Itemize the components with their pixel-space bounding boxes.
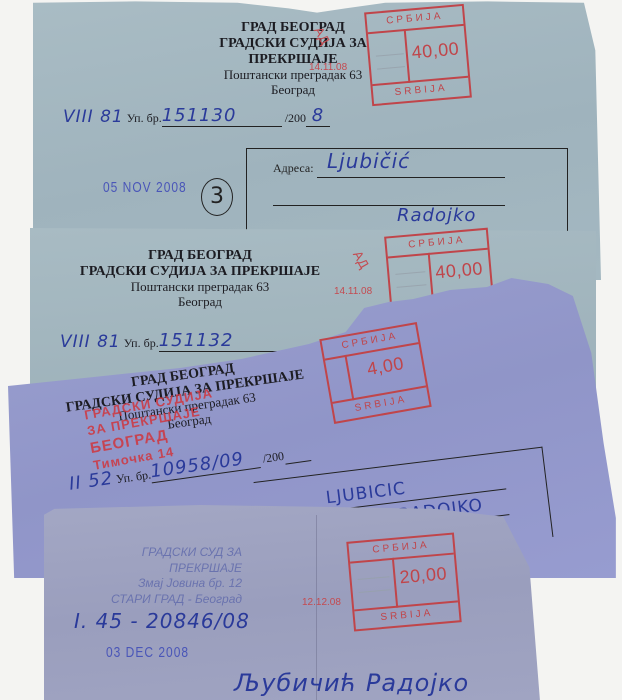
envelope-4: ГРАДСКИ СУД ЗА ПРЕКРШАЈЕ Змај Јовина бр.…: [44, 505, 566, 700]
address-line: [317, 177, 505, 178]
meter-country-cyrillic: СРБИЈА: [366, 6, 463, 34]
year-suffix: 8: [312, 105, 324, 126]
postage-meter-stamp: СРБИЈА 40,00 SRBIJA: [364, 4, 472, 106]
recipient-name: Љубичић Радојко: [234, 669, 469, 697]
meter-divider: [404, 29, 411, 83]
circled-number: 3: [201, 178, 233, 216]
faded-stamp-line: ГРАДСКИ СУД ЗА ПРЕКРШАЈЕ: [72, 545, 242, 576]
received-date-stamp: 03 DEC 2008: [106, 644, 189, 661]
sender-city: ГРАД БЕОГРАД: [72, 248, 328, 264]
meter-divider: [344, 355, 354, 401]
postage-meter-stamp: СРБИЈА 4,00 SRBIJA: [319, 322, 431, 424]
ref-label: Уп. бр.: [115, 467, 152, 486]
address-label: Адреса:: [273, 161, 314, 176]
meter-slot: [358, 576, 391, 593]
received-date-stamp: 05 NOV 2008: [103, 179, 187, 196]
meter-slot: [376, 53, 405, 69]
ref-label: Уп. бр.: [127, 111, 162, 125]
address-surname: Ljubičić: [327, 149, 410, 173]
case-prefix: VIII 81: [63, 107, 124, 127]
address-surname: LJUBICIC: [325, 479, 407, 509]
meter-country-cyrillic: СРБИЈА: [322, 324, 419, 360]
postmark-date: 14.11.08: [309, 62, 347, 73]
meter-divider: [392, 558, 398, 608]
address-firstname: Radojko: [397, 205, 476, 226]
meter-value: 20,00: [399, 563, 448, 588]
postage-meter-stamp: СРБИЈА 20,00 SRBIJA: [346, 532, 461, 631]
ref-number: 151130: [162, 105, 237, 126]
reference-row: VIII 81 Уп. бр.151130 /2008: [63, 105, 330, 127]
meter-value: 4,00: [366, 353, 406, 380]
year-prefix: /200: [285, 111, 306, 125]
meter-value: 40,00: [411, 38, 460, 63]
postmark-date: 12.12.08: [302, 597, 341, 608]
faded-stamp-line: Змај Јовина бр. 12: [72, 576, 242, 592]
faded-stamp-line: СТАРИ ГРАД - Београд: [72, 592, 242, 608]
case-number: I. 45 - 20846/08: [74, 609, 250, 633]
sender-faded-stamp: ГРАДСКИ СУД ЗА ПРЕКРШАЈЕ Змај Јовина бр.…: [72, 545, 242, 607]
address-box: Адреса: Ljubičić Radojko: [246, 148, 568, 240]
year-prefix: /200: [262, 449, 285, 466]
